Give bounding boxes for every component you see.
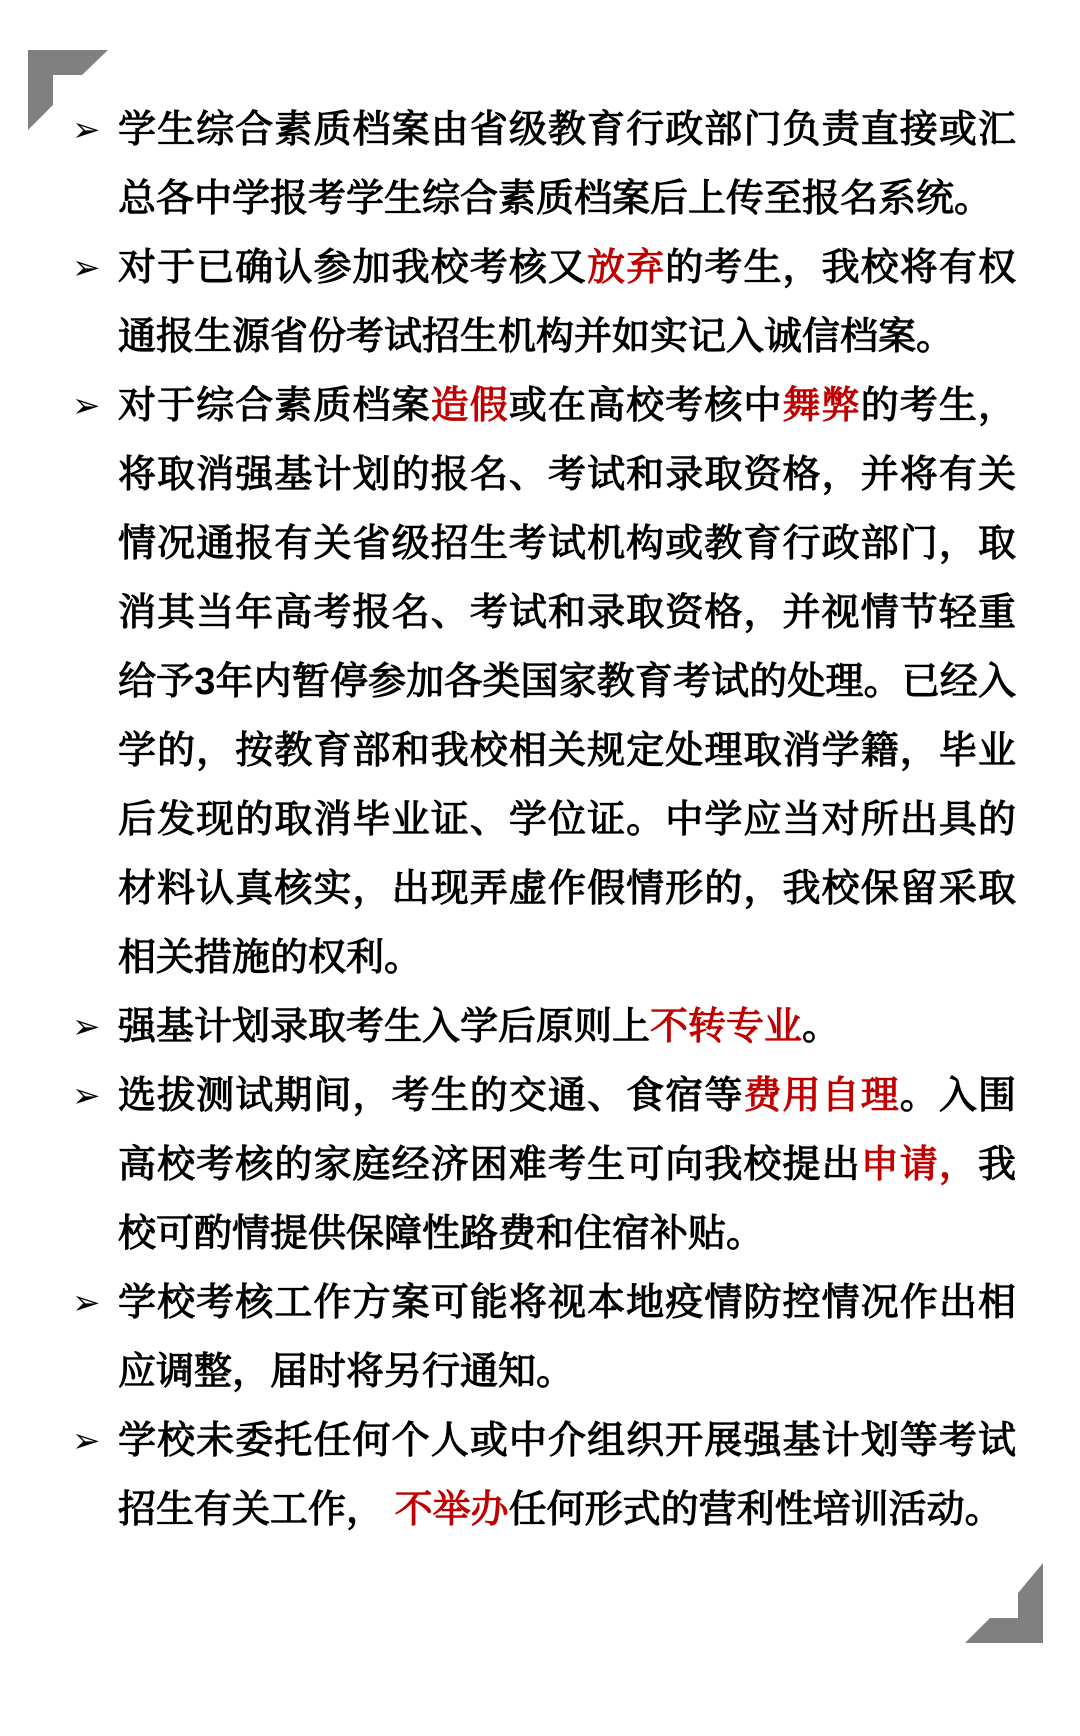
bullet-text: 学生综合素质档案由省级教育行政部门负责直接或汇总各中学报考学生综合素质档案后上传… — [118, 109, 1016, 220]
highlighted-text-segment: 舞弊 — [783, 385, 861, 427]
document-page: ➢ 学生综合素质档案由省级教育行政部门负责直接或汇总各中学报考学生综合素质档案后… — [0, 0, 1080, 1736]
arrowhead-bullet-icon: ➢ — [72, 372, 112, 441]
highlighted-text-segment: 费用自理 — [743, 1075, 899, 1117]
list-item: ➢ 选拔测试期间，考生的交通、食宿等费用自理。入围高校考核的家庭经济困难考生可向… — [0, 1062, 1080, 1269]
corner-fold-icon-bottom-right — [965, 1563, 1043, 1643]
corner-fold-shape — [965, 1563, 1043, 1643]
highlighted-text-segment: 放弃 — [587, 247, 665, 289]
highlighted-text-segment: 申请， — [861, 1144, 978, 1186]
list-item: ➢ 学校未委托任何个人或中介组织开展强基计划等考试招生有关工作， 不举办任何形式… — [0, 1407, 1080, 1545]
highlighted-text-segment: 造假 — [431, 385, 509, 427]
bullet-text: 学校未委托任何个人或中介组织开展强基计划等考试招生有关工作， 不举办任何形式的营… — [118, 1420, 1016, 1531]
text-segment: 对于已确认参加我校考核又 — [118, 247, 587, 289]
text-segment: 的考生，将取消强基计划的报名、考试和录取资格，并将有关情况通报有关省级招生考试机… — [118, 385, 1016, 979]
list-item: ➢ 对于综合素质档案造假或在高校考核中舞弊的考生，将取消强基计划的报名、考试和录… — [0, 372, 1080, 993]
list-item: ➢ 对于已确认参加我校考核又放弃的考生，我校将有权通报生源省份考试招生机构并如实… — [0, 234, 1080, 372]
bullet-text: 对于已确认参加我校考核又放弃的考生，我校将有权通报生源省份考试招生机构并如实记入… — [118, 247, 1016, 358]
arrowhead-bullet-icon: ➢ — [72, 1269, 112, 1338]
arrowhead-bullet-icon: ➢ — [72, 96, 112, 165]
bullet-text: 学校考核工作方案可能将视本地疫情防控情况作出相应调整，届时将另行通知。 — [118, 1282, 1016, 1393]
list-item: ➢ 学校考核工作方案可能将视本地疫情防控情况作出相应调整，届时将另行通知。 — [0, 1269, 1080, 1407]
arrowhead-bullet-icon: ➢ — [72, 993, 112, 1062]
list-item: ➢ 强基计划录取考生入学后原则上不转专业。 — [0, 993, 1080, 1062]
text-segment: 任何形式的营利性培训活动。 — [509, 1489, 1003, 1531]
list-item: ➢ 学生综合素质档案由省级教育行政部门负责直接或汇总各中学报考学生综合素质档案后… — [0, 96, 1080, 234]
text-segment: 学生综合素质档案由省级教育行政部门负责直接或汇总各中学报考学生综合素质档案后上传… — [118, 109, 1016, 220]
bullet-text: 强基计划录取考生入学后原则上不转专业。 — [118, 1006, 840, 1048]
arrowhead-bullet-icon: ➢ — [72, 1062, 112, 1131]
highlighted-text-segment: 不转专业 — [650, 1006, 802, 1048]
arrowhead-bullet-icon: ➢ — [72, 234, 112, 303]
bullet-list: ➢ 学生综合素质档案由省级教育行政部门负责直接或汇总各中学报考学生综合素质档案后… — [0, 96, 1080, 1545]
bullet-text: 选拔测试期间，考生的交通、食宿等费用自理。入围高校考核的家庭经济困难考生可向我校… — [118, 1075, 1016, 1255]
text-segment: 选拔测试期间，考生的交通、食宿等 — [118, 1075, 743, 1117]
arrowhead-bullet-icon: ➢ — [72, 1407, 112, 1476]
bullet-text: 对于综合素质档案造假或在高校考核中舞弊的考生，将取消强基计划的报名、考试和录取资… — [118, 385, 1016, 979]
highlighted-text-segment: 不举办 — [395, 1489, 509, 1531]
text-segment: 或在高校考核中 — [509, 385, 783, 427]
text-segment: 对于综合素质档案 — [118, 385, 431, 427]
text-segment: 强基计划录取考生入学后原则上 — [118, 1006, 650, 1048]
text-segment: 。 — [802, 1006, 840, 1048]
text-segment: 学校考核工作方案可能将视本地疫情防控情况作出相应调整，届时将另行通知。 — [118, 1282, 1016, 1393]
